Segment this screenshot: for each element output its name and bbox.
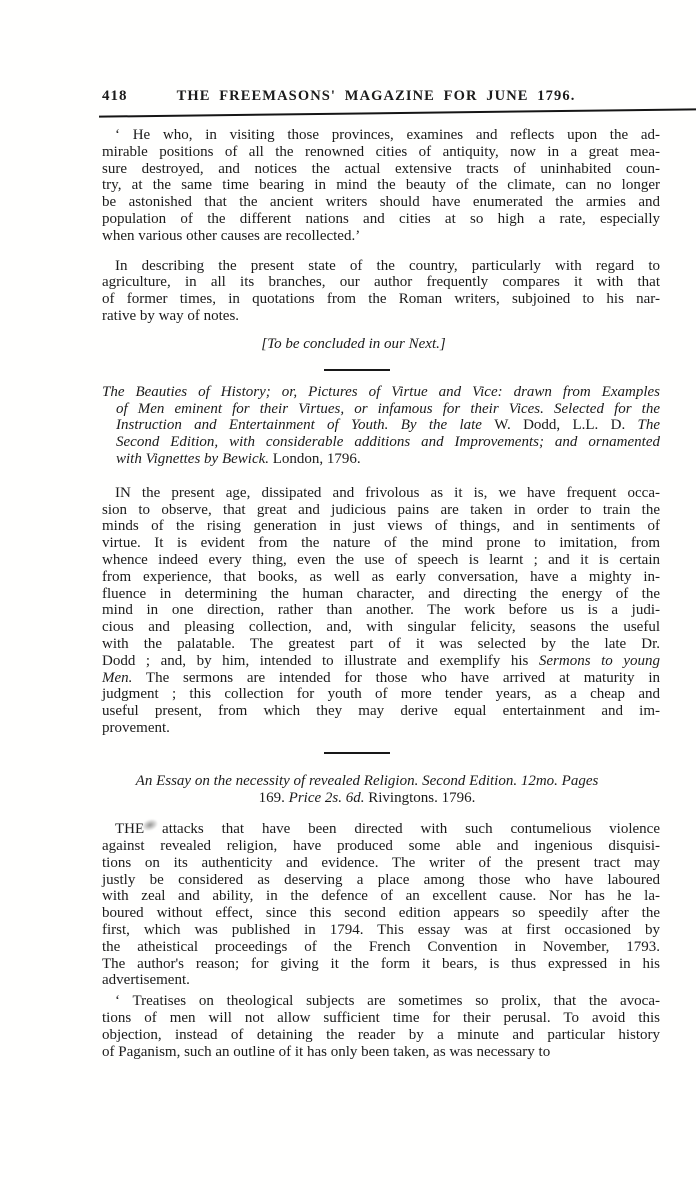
text-line: advertisement. — [102, 972, 660, 989]
text-line: 169. Price 2s. 6d. Rivingtons. 1796. — [102, 790, 660, 807]
text-line: population of the different nations and … — [102, 211, 660, 228]
text-line: IN the present age, dissipated and frivo… — [102, 485, 660, 502]
text-line: against revealed religion, have produced… — [102, 838, 660, 855]
text-line: objection, instead of detaining the read… — [102, 1027, 660, 1044]
text-line: provement. — [102, 720, 660, 737]
text-line: sure destroyed, and notices the actual e… — [102, 161, 660, 178]
text-line: minds of the rising generation in just v… — [102, 518, 660, 535]
text-line: from experience, that books, as well as … — [102, 569, 660, 586]
article-quoted-paragraph: ‘ He who, in visiting those provinces, e… — [102, 127, 660, 245]
text-line: fluence in determining the human charact… — [102, 586, 660, 603]
text-line: ‘ He who, in visiting those provinces, e… — [102, 127, 660, 144]
text-line: Instruction and Entertainment of Youth. … — [102, 417, 660, 434]
text-line: ‘ Treatises on theological subjects are … — [102, 993, 660, 1010]
running-title: THE FREEMASONS' MAGAZINE FOR JUNE 1796. — [162, 88, 660, 105]
section-divider — [324, 369, 390, 371]
text-line: with zeal and ability, in the defence of… — [102, 888, 660, 905]
text-line: be astonished that the ancient writers s… — [102, 194, 660, 211]
page-number: 418 — [102, 88, 162, 105]
text-line: justly be considered as deserving a plac… — [102, 872, 660, 889]
text-line: try, at the same time bearing in mind th… — [102, 177, 660, 194]
section-divider — [324, 752, 390, 754]
review-title-beauties-of-history: The Beauties of History; or, Pictures of… — [102, 384, 660, 468]
text-line: with Vignettes by Bewick. London, 1796. — [102, 451, 660, 468]
text-line: THE attacks that have been directed with… — [102, 821, 660, 838]
continuation-note: [To be concluded in our Next.] — [102, 336, 660, 353]
text-line: of Paganism, such an outline of it has o… — [102, 1044, 660, 1061]
text-line: when various other causes are recollecte… — [102, 228, 660, 245]
text-line: Dodd ; and, by him, intended to illustra… — [102, 653, 660, 670]
text-line: Men. The sermons are intended for those … — [102, 670, 660, 687]
text-line: boured without effect, since this second… — [102, 905, 660, 922]
text-line: the atheistical proceedings of the Frenc… — [102, 939, 660, 956]
review-body-beauties-of-history: IN the present age, dissipated and frivo… — [102, 485, 660, 737]
text-line: of former times, in quotations from the … — [102, 291, 660, 308]
review-title-essay-revealed-religion: An Essay on the necessity of revealed Re… — [102, 773, 660, 807]
text-line: Second Edition, with considerable additi… — [102, 434, 660, 451]
text-line: The Beauties of History; or, Pictures of… — [102, 384, 660, 401]
review-body-essay-revealed-religion: THE attacks that have been directed with… — [102, 821, 660, 989]
text-line: tions on its authenticity and evidence. … — [102, 855, 660, 872]
text-line: An Essay on the necessity of revealed Re… — [102, 773, 660, 790]
text-line: virtue. It is evident from the nature of… — [102, 535, 660, 552]
text-line: agriculture, in all its branches, our au… — [102, 274, 660, 291]
text-line: In describing the present state of the c… — [102, 258, 660, 275]
text-block: 418 THE FREEMASONS' MAGAZINE FOR JUNE 17… — [102, 88, 660, 1060]
review-quoted-advertisement: ‘ Treatises on theological subjects are … — [102, 993, 660, 1060]
text-line: The author's reason; for giving it the f… — [102, 956, 660, 973]
text-line: tions of men will not allow sufficient t… — [102, 1010, 660, 1027]
text-line: judgment ; this collection for youth of … — [102, 686, 660, 703]
text-line: of Men eminent for their Virtues, or inf… — [102, 401, 660, 418]
text-line: whence indeed every thing, even the use … — [102, 552, 660, 569]
text-line: useful present, from which they may deri… — [102, 703, 660, 720]
text-line: rative by way of notes. — [102, 308, 660, 325]
magazine-page-scan: 418 THE FREEMASONS' MAGAZINE FOR JUNE 17… — [0, 0, 696, 1190]
page-header: 418 THE FREEMASONS' MAGAZINE FOR JUNE 17… — [102, 88, 660, 105]
text-line: with the palatable. The greatest part of… — [102, 636, 660, 653]
text-line: mind in one direction, rather than anoth… — [102, 602, 660, 619]
text-line: mirable positions of all the renowned ci… — [102, 144, 660, 161]
text-line: first, which was published in 1794. This… — [102, 922, 660, 939]
header-rule — [99, 108, 696, 117]
article-closing-paragraph: In describing the present state of the c… — [102, 258, 660, 325]
text-line: sion to observe, that great and judiciou… — [102, 502, 660, 519]
text-line: cious and pleasing collection, and, with… — [102, 619, 660, 636]
